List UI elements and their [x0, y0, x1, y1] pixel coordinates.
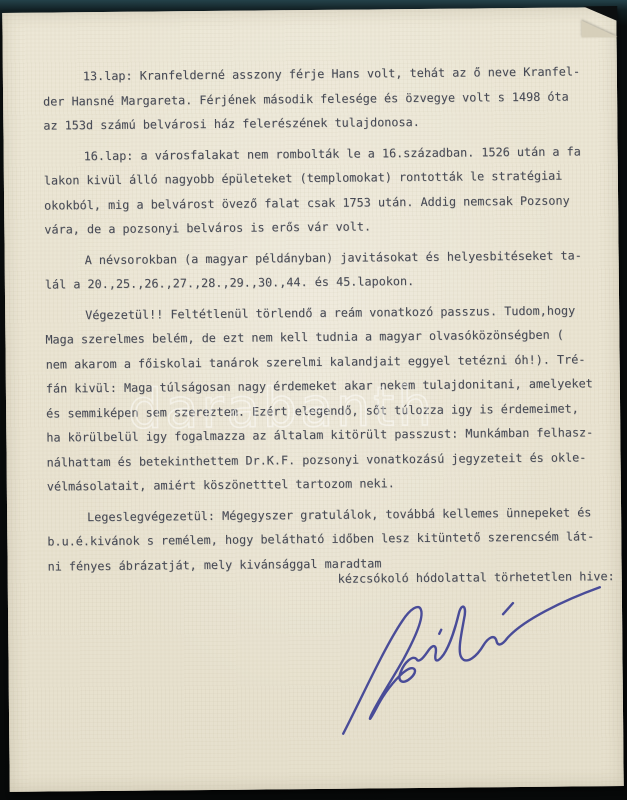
- letter-line: az 153d számú belvárosi ház felerészének…: [43, 108, 601, 138]
- letter-paragraph: 13.lap: Kranfelderné asszony férje Hans …: [43, 59, 602, 138]
- photo-backdrop: { "document": { "kind": "typewritten-let…: [0, 0, 627, 800]
- letter-paragraph: Legeslegvégezetül: Mégegyszer gratulálok…: [47, 500, 606, 579]
- folded-corner: [581, 20, 617, 37]
- letter-body: 13.lap: Kranfelderné asszony férje Hans …: [43, 59, 606, 578]
- letter-paper: 13.lap: Kranfelderné asszony férje Hans …: [2, 7, 623, 792]
- letter-line: vára, de a pozsonyi belváros is erős vár…: [44, 212, 602, 242]
- signature-stroke: [342, 587, 601, 733]
- signature-i-dot: [439, 630, 441, 634]
- handwritten-signature: [320, 579, 617, 740]
- signature-accent: [503, 603, 513, 614]
- letter-paragraph: Végezetül!! Feltétlenül törlendő a reám …: [45, 298, 605, 499]
- letter-paragraph: A névsorokban (a magyar példányban) javi…: [45, 243, 603, 297]
- letter-paragraph: 16.lap: a városfalakat nem rombolták le …: [44, 139, 603, 242]
- letter-line: vélmásolatait, amiért köszönetttel tarto…: [47, 469, 605, 499]
- folded-corner-shadow: [583, 6, 617, 21]
- letter-line: lál a 20.,25.,26.,27.,28.,29.,30.,44. és…: [45, 267, 603, 297]
